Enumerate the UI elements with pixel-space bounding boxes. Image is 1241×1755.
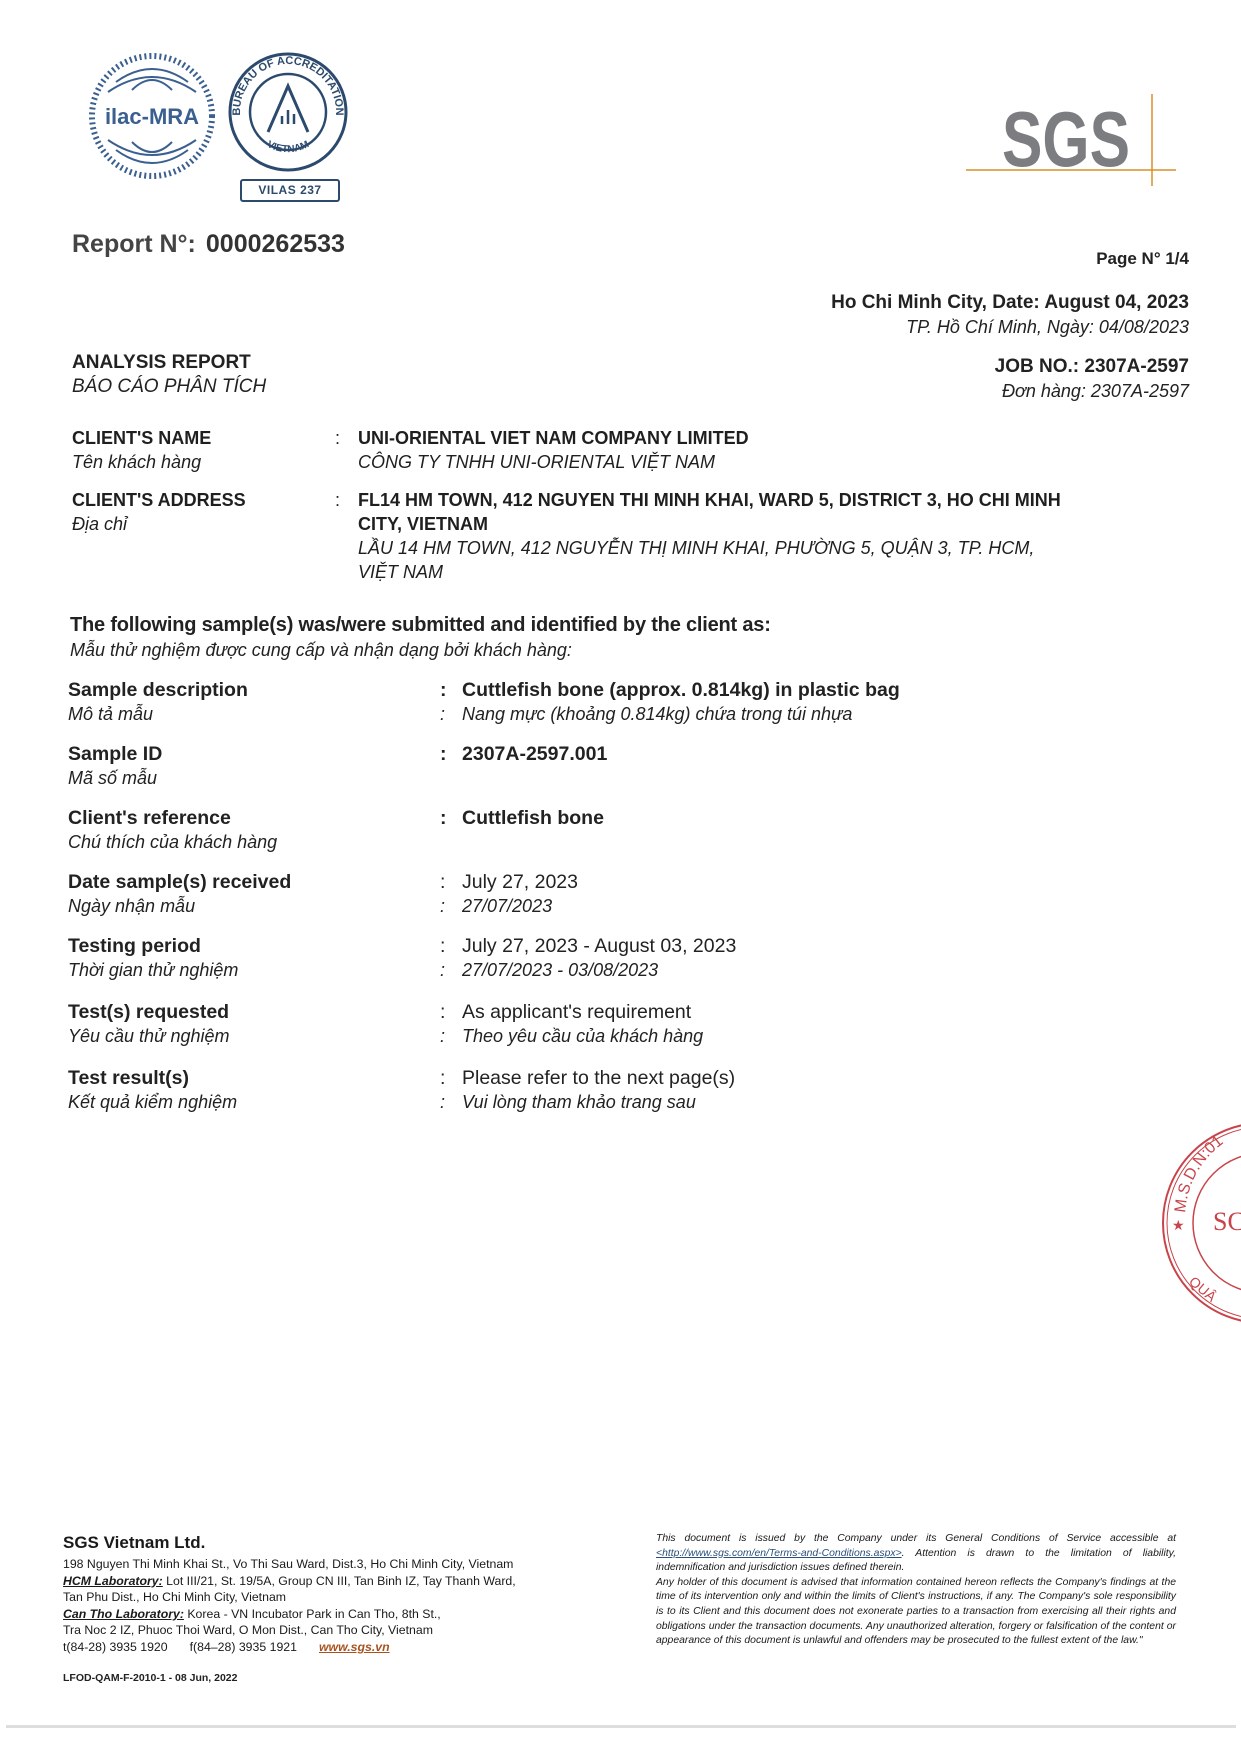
client-name-value-vn: CÔNG TY TNHH UNI-ORIENTAL VIỆT NAM [358,450,1158,474]
testing-period-value: July 27, 2023 - August 03, 2023 [462,935,736,957]
hcm-lab-label: HCM Laboratory: [63,1574,163,1588]
client-name-label: CLIENT'S NAME [72,426,332,450]
client-address-label-vn: Địa chỉ [72,512,332,536]
tests-requested-value: As applicant's requirement [462,1001,691,1023]
test-results-value-vn: Vui lòng tham khảo trang sau [462,1092,696,1112]
test-results-value: Please refer to the next page(s) [462,1067,735,1089]
report-date-vn: TP. Hồ Chí Minh, Ngày: 04/08/2023 [906,317,1189,338]
svg-text:VIETNAM: VIETNAM [265,139,311,155]
sample-label: Client's reference [68,806,428,830]
date-received-value: July 27, 2023 [462,871,578,893]
terms-link[interactable]: <http://www.sgs.com/en/Terms-and-Conditi… [656,1548,902,1559]
disclaimer-text-3: Any holder of this document is advised t… [656,1577,1176,1646]
client-address-line-1: FL14 HM TOWN, 412 NGUYEN THI MINH KHAI, … [358,488,1158,512]
document-title-vn: BÁO CÁO PHÂN TÍCH [72,376,266,398]
form-code: LFOD-QAM-F-2010-1 - 08 Jun, 2022 [63,1672,237,1684]
footer-company-name: SGS Vietnam Ltd. [63,1532,583,1554]
date-received-value-vn: 27/07/2023 [462,896,552,916]
hcm-lab-address: Lot III/21, St. 19/5A, Group CN III, Tan… [163,1574,516,1588]
sample-intro: The following sample(s) was/were submitt… [70,614,771,637]
vilas-badge: VILAS 237 [240,179,340,202]
footer-phone: t(84-28) 3935 1920 [63,1640,168,1654]
ilac-mra-logo: ilac-MRA [88,52,216,180]
report-date: Ho Chi Minh City, Date: August 04, 2023 [831,292,1189,314]
separator: : [335,426,340,450]
bureau-of-accreditation-logo: BUREAU OF ACCREDITATION VIETNAM [226,50,350,174]
footer-address: 198 Nguyen Thi Minh Khai St., Vo Thi Sau… [63,1556,583,1573]
sample-label: Sample ID [68,742,428,766]
page-number: Page N° 1/4 [1096,249,1189,269]
sample-label: Date sample(s) received [68,870,428,894]
sample-label-vn: Chú thích của khách hàng [68,830,428,854]
testing-period-value-vn: 27/07/2023 - 03/08/2023 [462,960,658,980]
sample-label-vn: Kết quả kiểm nghiệm [68,1090,428,1114]
client-address-vn-line-1: LẦU 14 HM TOWN, 412 NGUYỄN THỊ MINH KHAI… [358,536,1158,560]
footer-company-info: SGS Vietnam Ltd. 198 Nguyen Thi Minh Kha… [63,1532,583,1656]
job-number: JOB NO.: 2307A-2597 [995,356,1189,378]
page-bottom-edge [6,1725,1236,1728]
sgs-logo: SGS [966,88,1186,188]
footer-fax: f(84–28) 3935 1921 [190,1640,297,1654]
cantho-lab-address-2: Tra Noc 2 IZ, Phuoc Thoi Ward, O Mon Dis… [63,1622,583,1639]
client-reference-value: Cuttlefish bone [462,807,604,829]
sample-value: Cuttlefish bone (approx. 0.814kg) in pla… [462,679,900,701]
tests-requested-value-vn: Theo yêu cầu của khách hàng [462,1026,703,1046]
sample-label-vn: Ngày nhận mẫu [68,894,428,918]
client-address-line-2: CITY, VIETNAM [358,512,1158,536]
svg-text:M.S.D.N:01: M.S.D.N:01 [1172,1132,1226,1213]
sample-label: Sample description [68,678,428,702]
svg-text:★: ★ [1172,1217,1185,1233]
sample-label-vn: Mã số mẫu [68,766,428,790]
sample-label: Test(s) requested [68,1000,428,1024]
svg-text:SC: SC [1213,1207,1241,1236]
job-number-vn: Đơn hàng: 2307A-2597 [1002,381,1189,402]
client-name-value: UNI-ORIENTAL VIET NAM COMPANY LIMITED [358,426,1158,450]
sample-label-vn: Thời gian thử nghiệm [68,958,428,982]
cantho-lab-label: Can Tho Laboratory: [63,1607,184,1621]
report-number-label: Report N°: [72,230,196,258]
separator: : [335,488,340,512]
svg-text:QUẬ: QUẬ [1186,1273,1220,1305]
sample-intro-vn: Mẫu thử nghiệm được cung cấp và nhận dạn… [70,640,572,661]
cantho-lab-address: Korea - VN Incubator Park in Can Tho, 8t… [184,1607,441,1621]
sample-label-vn: Yêu cầu thử nghiệm [68,1024,428,1048]
sample-label: Testing period [68,934,428,958]
footer-website-link[interactable]: www.sgs.vn [319,1640,390,1654]
client-address-vn-line-2: VIỆT NAM [358,560,1158,584]
sample-id-value: 2307A-2597.001 [462,743,607,765]
client-address-label: CLIENT'S ADDRESS [72,488,332,512]
report-number-value: 0000262533 [206,230,345,258]
document-title: ANALYSIS REPORT [72,352,251,374]
hcm-lab-address-2: Tan Phu Dist., Ho Chi Minh City, Vietnam [63,1589,583,1606]
footer-disclaimer: This document is issued by the Company u… [656,1532,1176,1649]
company-seal-stamp: M.S.D.N:01 ★ SC QUẬ [1158,1118,1241,1328]
report-number: Report N°:0000262533 [72,230,345,259]
client-name-label-vn: Tên khách hàng [72,450,332,474]
sample-value-vn: Nang mực (khoảng 0.814kg) chứa trong túi… [462,704,852,724]
sample-label-vn: Mô tả mẫu [68,702,428,726]
disclaimer-text-1: This document is issued by the Company u… [656,1533,1176,1544]
sample-label: Test result(s) [68,1066,428,1090]
svg-text:ilac-MRA: ilac-MRA [105,104,199,129]
